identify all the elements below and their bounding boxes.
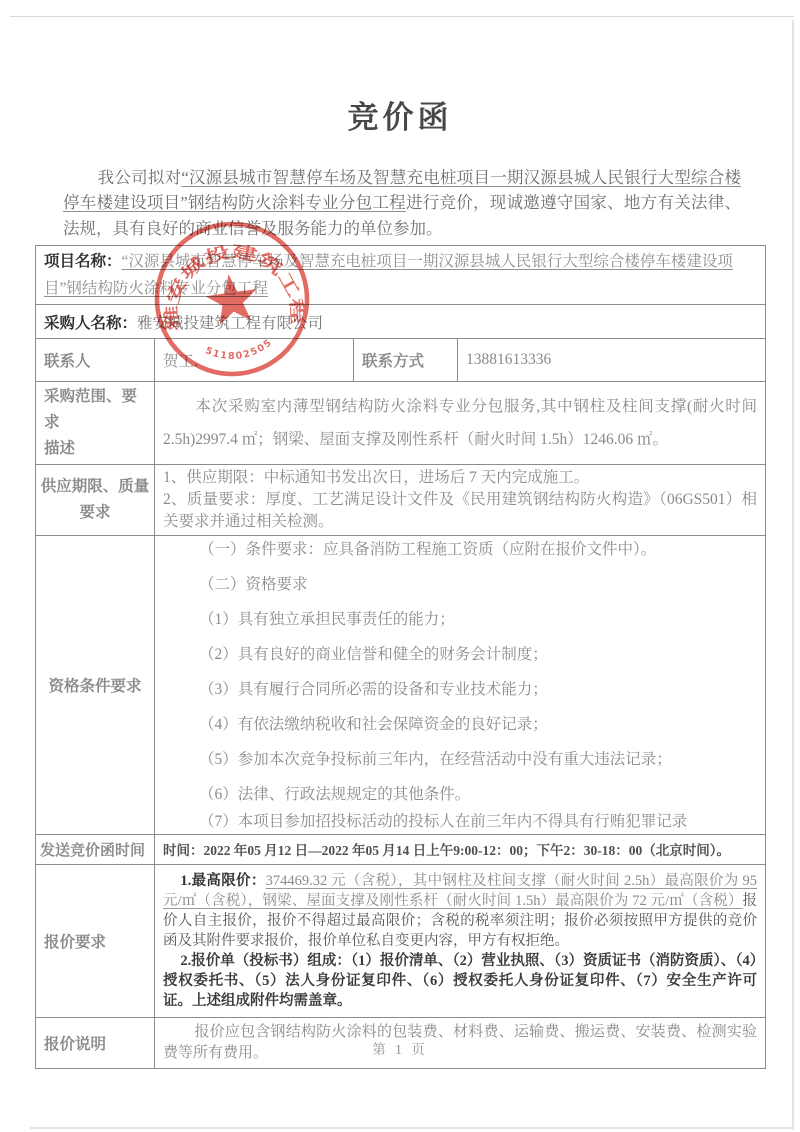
supply-label: 供应期限、质量 要求: [36, 465, 155, 536]
scanned-bid-document: { "page": { "title": "竞价函", "footer": "第…: [0, 0, 800, 1132]
purchaser-value: 雅安城投建筑工程有限公司: [137, 315, 323, 332]
project-name-value: “汉源县城市智慧停车场及智慧充电桩项目一期汉源县城人民银行大型综合楼停车楼建设项…: [44, 253, 733, 297]
scope-value: 本次采购室内薄型钢结构防火涂料专业分包服务,其中钢柱及柱间支撑(耐火时间 2.5…: [163, 390, 757, 456]
quote-req-value-cell: 1.最高限价：374469.32 元（含税），其中钢柱及柱间支撑（耐火时间 2.…: [155, 865, 766, 1018]
table-row-quote-requirements: 报价要求 1.最高限价：374469.32 元（含税），其中钢柱及柱间支撑（耐火…: [36, 865, 766, 1018]
qualification-item: （3）具有履行合同所必需的设备和专业技术能力；: [163, 679, 757, 700]
supply-line1: 1、供应期限：中标通知书发出次日，进场后 7 天内完成施工。: [163, 467, 757, 489]
qualification-item: （一）条件要求：应具备消防工程施工资质（应附在报价文件中）。: [163, 539, 757, 560]
qualification-item: （6）法律、行政法规规定的其他条件。: [163, 784, 757, 805]
send-time-label: 发送竞价函时间: [36, 835, 155, 865]
supply-label-line2: 要求: [38, 500, 152, 526]
scope-label-line1: 采购范围、要求: [44, 384, 146, 436]
project-name-label: 项目名称：: [44, 253, 122, 270]
max-price-label: 1.最高限价：: [180, 873, 265, 889]
table-row-supply: 供应期限、质量 要求 1、供应期限：中标通知书发出次日，进场后 7 天内完成施工…: [36, 465, 766, 536]
page-title: 竞价函: [0, 92, 800, 137]
project-name-cell: 项目名称：“汉源县城市智慧停车场及智慧充电桩项目一期汉源县城人民银行大型综合楼停…: [36, 246, 766, 305]
contact-label: 联系人: [36, 339, 155, 382]
quote-req-paragraph1: 1.最高限价：374469.32 元（含税），其中钢柱及柱间支撑（耐火时间 2.…: [163, 871, 757, 951]
contact-phone-value: 13881613336: [458, 339, 766, 382]
intro-paragraph: 我公司拟对“汉源县城市智慧停车场及智慧充电桩项目一期汉源县城人民银行大型综合楼停…: [63, 165, 741, 242]
table-row-send-time: 发送竞价函时间 时间：2022 年05 月12 日—2022 年05 月14 日…: [36, 835, 766, 865]
table-row-project-name: 项目名称：“汉源县城市智慧停车场及智慧充电桩项目一期汉源县城人民银行大型综合楼停…: [36, 246, 766, 305]
bid-info-table: 项目名称：“汉源县城市智慧停车场及智慧充电桩项目一期汉源县城人民银行大型综合楼停…: [35, 245, 766, 1069]
qualification-item: （1）具有独立承担民事责任的能力；: [163, 609, 757, 630]
intro-prefix: 我公司拟对: [98, 168, 182, 187]
scope-label-line2: 描述: [44, 436, 146, 462]
contact-value: 贺工.: [155, 339, 354, 382]
supply-line2: 2、质量要求：厚度、工艺满足设计文件及《民用建筑钢结构防火构造》（06GS501…: [163, 489, 757, 533]
send-time-value-cell: 时间：2022 年05 月12 日—2022 年05 月14 日上午9:00-1…: [155, 835, 766, 865]
scan-edge-right: [792, 20, 794, 1130]
contact-phone-label: 联系方式: [354, 339, 458, 382]
scan-edge-top: [10, 16, 794, 17]
qualification-item: （二）资格要求: [163, 574, 757, 595]
qualification-value-cell: （一）条件要求：应具备消防工程施工资质（应附在报价文件中）。 （二）资格要求 （…: [155, 536, 766, 835]
table-row-qualification: 资格条件要求 （一）条件要求：应具备消防工程施工资质（应附在报价文件中）。 （二…: [36, 536, 766, 835]
qualification-item: （5）参加本次竞争投标前三年内，在经营活动中没有重大违法记录；: [163, 749, 757, 770]
send-time-value: 时间：2022 年05 月12 日—2022 年05 月14 日上午9:00-1…: [163, 843, 730, 858]
supply-label-line1: 供应期限、质量: [38, 474, 152, 500]
qualification-item: （4）有依法缴纳税收和社会保障资金的良好记录；: [163, 714, 757, 735]
qualification-item: （2）具有良好的商业信誉和健全的财务会计制度；: [163, 644, 757, 665]
scope-value-cell: 本次采购室内薄型钢结构防火涂料专业分包服务,其中钢柱及柱间支撑(耐火时间 2.5…: [155, 382, 766, 465]
table-row-contact: 联系人 贺工. 联系方式 13881613336: [36, 339, 766, 382]
purchaser-label: 采购人名称：: [44, 315, 137, 332]
scan-edge-bottom: [30, 1127, 794, 1129]
scope-label: 采购范围、要求 描述: [36, 382, 155, 465]
purchaser-cell: 采购人名称：雅安城投建筑工程有限公司: [36, 305, 766, 339]
supply-value-cell: 1、供应期限：中标通知书发出次日，进场后 7 天内完成施工。 2、质量要求：厚度…: [155, 465, 766, 536]
qualification-item: （7）本项目参加招投标活动的投标人在前三年内不得具有行贿犯罪记录: [163, 811, 757, 832]
table-row-purchaser: 采购人名称：雅安城投建筑工程有限公司: [36, 305, 766, 339]
page-number-footer: 第 1 页: [0, 1038, 800, 1058]
quote-req-label: 报价要求: [36, 865, 155, 1018]
quote-req-paragraph2: 2.报价单（投标书）组成：（1）报价清单、（2）营业执照、（3）资质证书（消防资…: [163, 951, 757, 1011]
qualification-label: 资格条件要求: [36, 536, 155, 835]
table-row-scope: 采购范围、要求 描述 本次采购室内薄型钢结构防火涂料专业分包服务,其中钢柱及柱间…: [36, 382, 766, 465]
